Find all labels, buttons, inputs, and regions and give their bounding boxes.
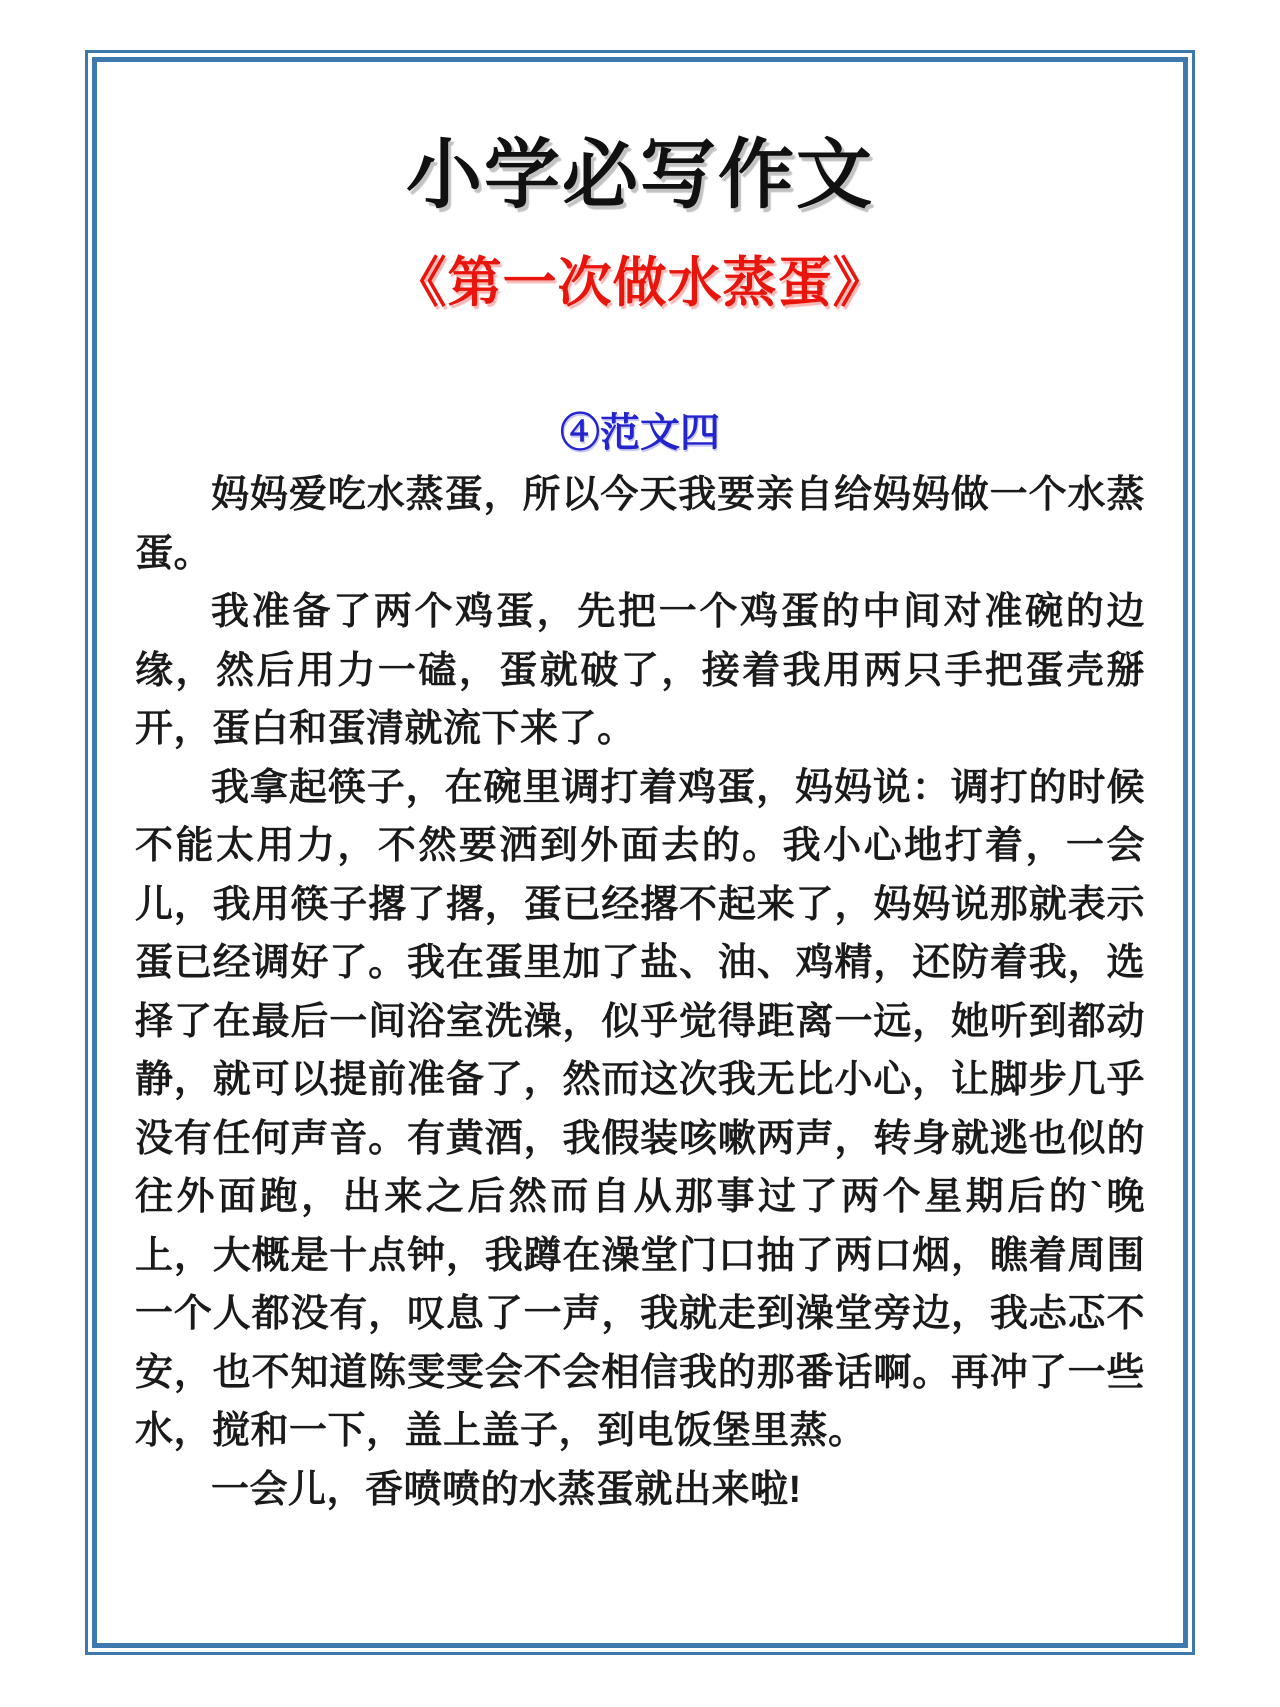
essay-paragraph-4: 一会儿，香喷喷的水蒸蛋就出来啦! xyxy=(135,1461,1145,1520)
essay-content: 小学必写作文 《第一次做水蒸蛋》 ④范文四 妈妈爱吃水蒸蛋，所以今天我要亲自给妈… xyxy=(97,62,1183,1643)
decorative-frame-outer: 小学必写作文 《第一次做水蒸蛋》 ④范文四 妈妈爱吃水蒸蛋，所以今天我要亲自给妈… xyxy=(85,50,1195,1655)
essay-body: 妈妈爱吃水蒸蛋，所以今天我要亲自给妈妈做一个水蒸蛋。 我准备了两个鸡蛋，先把一个… xyxy=(135,466,1145,1519)
essay-title: 《第一次做水蒸蛋》 xyxy=(135,252,1145,314)
decorative-frame-inner: 小学必写作文 《第一次做水蒸蛋》 ④范文四 妈妈爱吃水蒸蛋，所以今天我要亲自给妈… xyxy=(92,57,1188,1648)
essay-paragraph-3: 我拿起筷子，在碗里调打着鸡蛋，妈妈说：调打的时候不能太用力，不然要洒到外面去的。… xyxy=(135,759,1145,1461)
essay-paragraph-1: 妈妈爱吃水蒸蛋，所以今天我要亲自给妈妈做一个水蒸蛋。 xyxy=(135,466,1145,583)
page-title: 小学必写作文 xyxy=(135,134,1145,218)
page: 小学必写作文 《第一次做水蒸蛋》 ④范文四 妈妈爱吃水蒸蛋，所以今天我要亲自给妈… xyxy=(0,0,1280,1707)
section-heading: ④范文四 xyxy=(135,410,1145,456)
essay-paragraph-2: 我准备了两个鸡蛋，先把一个鸡蛋的中间对准碗的边缘，然后用力一磕，蛋就破了，接着我… xyxy=(135,583,1145,759)
